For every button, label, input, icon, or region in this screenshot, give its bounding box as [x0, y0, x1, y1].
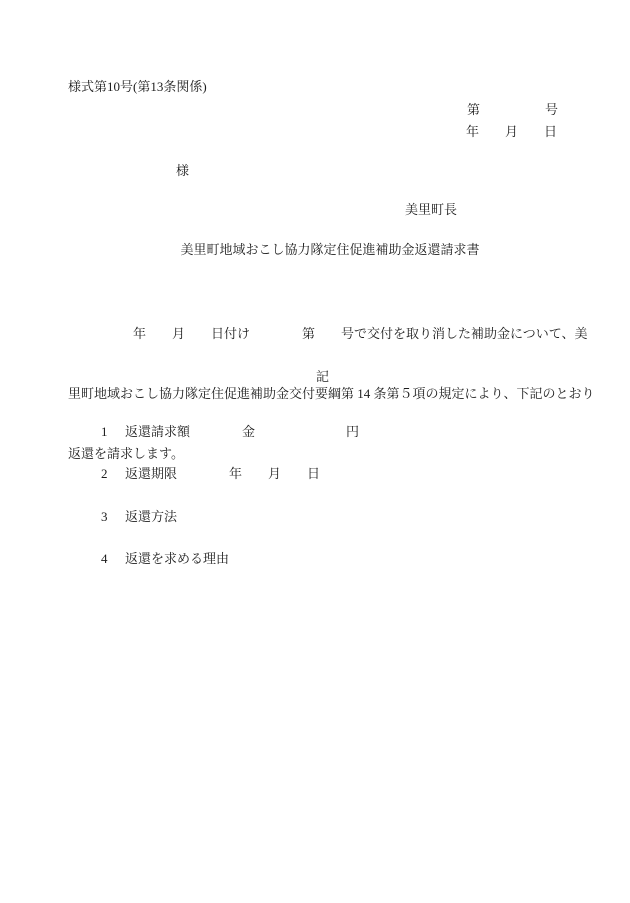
item-number: 3 [101, 509, 125, 525]
item-number: 4 [101, 551, 125, 567]
form-number: 様式第10号(第13条関係) [68, 79, 207, 95]
item-number: 2 [101, 466, 125, 482]
item-label: 返還請求額 [125, 424, 190, 439]
document-number-line: 第 号 [467, 102, 558, 118]
item-label: 返還を求める理由 [125, 551, 229, 566]
item-label: 返還期限 [125, 466, 177, 481]
document-title: 美里町地域おこし協力隊定住促進補助金返還請求書 [180, 242, 479, 258]
body-line-2: 里町地域おこし協力隊定住促進補助金交付要綱第 14 条第５項の規定により、下記の… [68, 384, 608, 404]
item-row-return-deadline: 2返還期限 年 月 日 [88, 450, 320, 498]
date-line: 年 月 日 [466, 124, 557, 140]
addressee-honorific: 様 [176, 163, 189, 179]
item-label: 返還方法 [125, 509, 177, 524]
document-page: 様式第10号(第13条関係) 第 号 年 月 日 様 美里町長 美里町地域おこし… [0, 0, 630, 903]
item-value: 年 月 日 [177, 466, 320, 481]
record-heading: 記 [316, 369, 329, 385]
item-value: 金 円 [190, 424, 359, 439]
sender-title: 美里町長 [405, 202, 457, 218]
item-number: 1 [101, 424, 125, 440]
item-row-return-method: 3返還方法 [88, 493, 177, 541]
item-row-return-reason: 4返還を求める理由 [88, 535, 229, 583]
body-line-1: 年 月 日付け 第 号で交付を取り消した補助金について、美 [68, 324, 608, 344]
item-row-return-amount: 1返還請求額 金 円 [88, 408, 359, 456]
